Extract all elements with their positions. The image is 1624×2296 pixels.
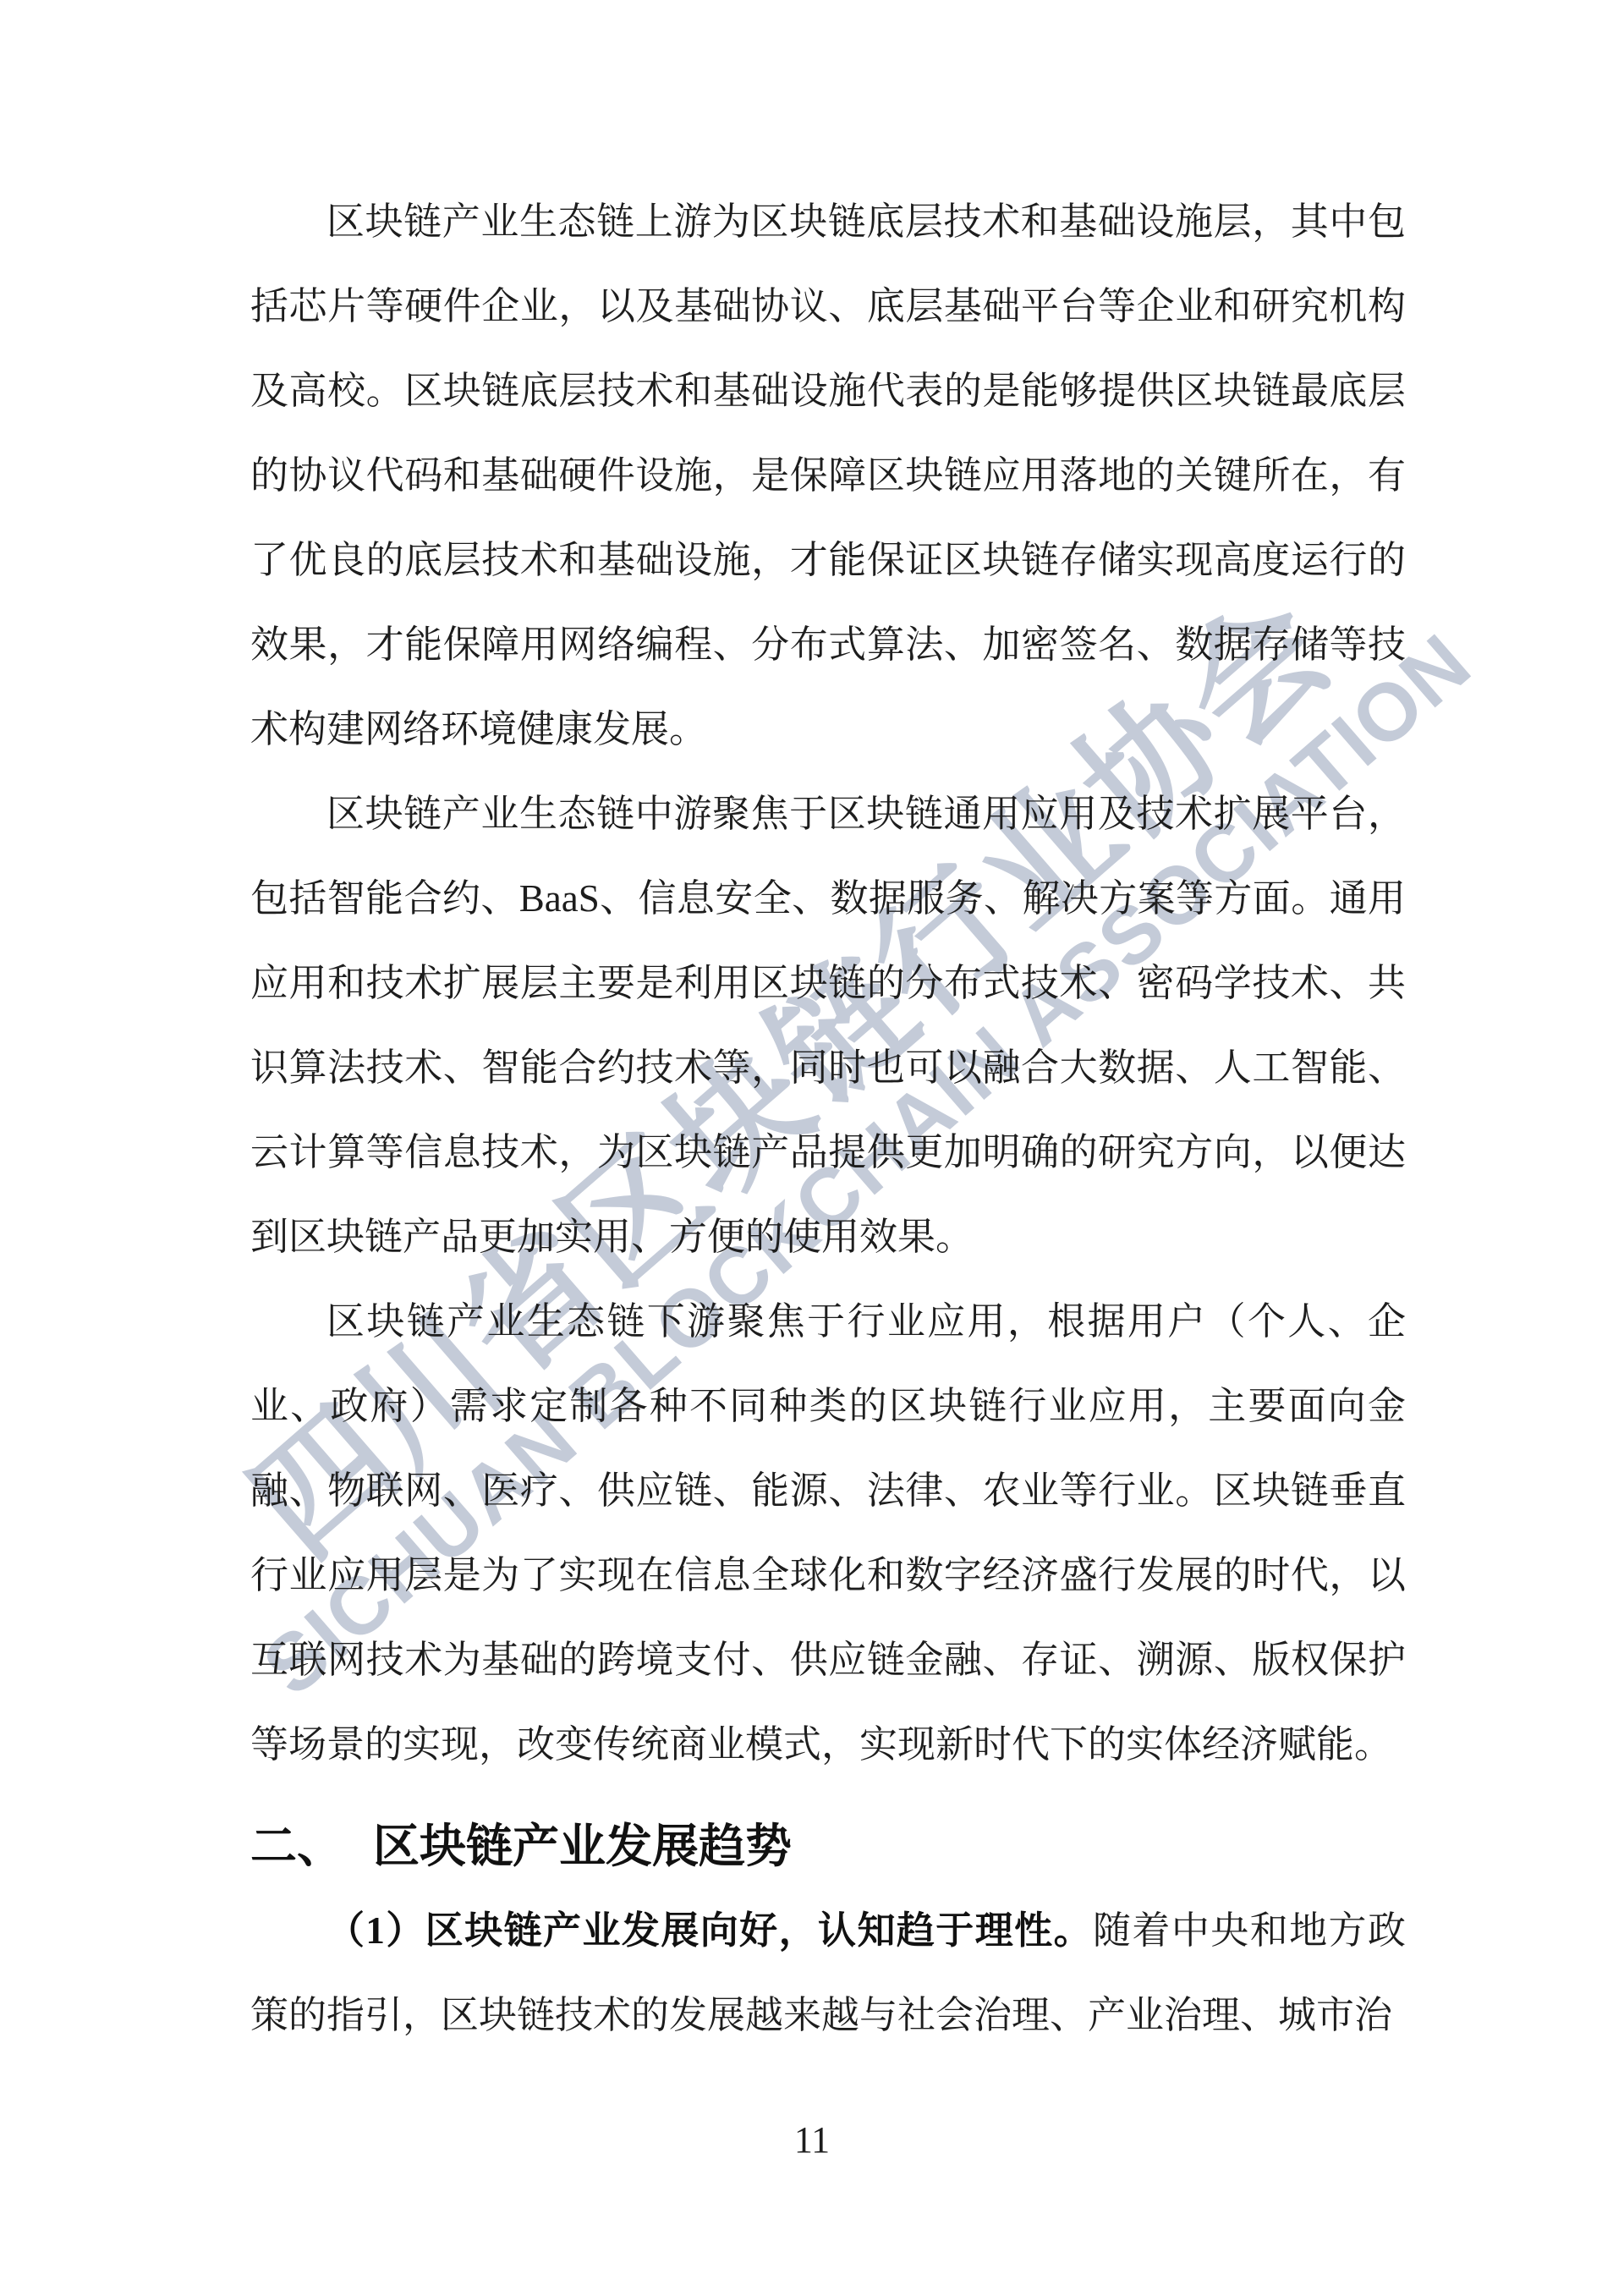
- page-number: 11: [0, 2117, 1624, 2164]
- section-heading: 二、区块链产业发展趋势: [250, 1804, 1406, 1888]
- section-heading-number: 二、: [250, 1820, 343, 1872]
- page-content: 区块链产业生态链上游为区块链底层技术和基础设施层，其中包括芯片等硬件企业，以及基…: [250, 179, 1406, 2057]
- paragraph-trend-item-1-lead: （1）区块链产业发展向好，认知趋于理性。: [326, 1909, 1093, 1952]
- paragraph-ecosystem-downstream: 区块链产业生态链下游聚焦于行业应用，根据用户（个人、企业、政府）需求定制各种不同…: [250, 1279, 1406, 1787]
- paragraph-trend-item-1: （1）区块链产业发展向好，认知趋于理性。随着中央和地方政策的指引，区块链技术的发…: [250, 1888, 1406, 2057]
- document-page: 四川省区块链行业协会 SICHUAN BLOCKCHAIN ASSOCIATIO…: [0, 0, 1624, 2296]
- paragraph-ecosystem-upstream: 区块链产业生态链上游为区块链底层技术和基础设施层，其中包括芯片等硬件企业，以及基…: [250, 179, 1406, 772]
- section-heading-title: 区块链产业发展趋势: [373, 1820, 792, 1872]
- paragraph-ecosystem-midstream: 区块链产业生态链中游聚焦于区块链通用应用及技术扩展平台，包括智能合约、BaaS、…: [250, 772, 1406, 1279]
